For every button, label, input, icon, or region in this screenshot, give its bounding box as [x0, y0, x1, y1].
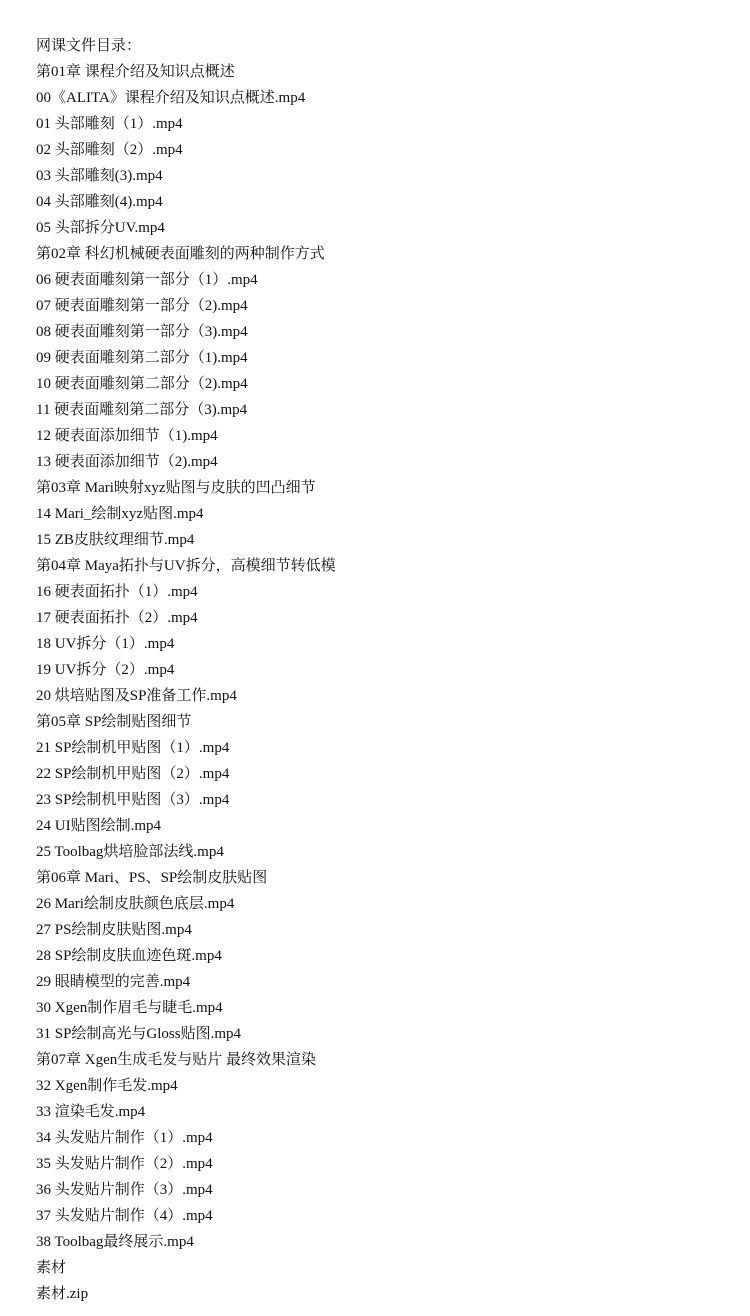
- document-title: 网课文件目录：: [36, 33, 736, 59]
- file-item: 14 Mari_绘制xyz贴图.mp4: [36, 501, 736, 527]
- file-item: 31 SP绘制高光与Gloss贴图.mp4: [36, 1021, 736, 1047]
- file-item: 30 Xgen制作眉毛与睫毛.mp4: [36, 995, 736, 1021]
- file-item: 11 硬表面雕刻第二部分（3).mp4: [36, 397, 736, 423]
- file-item: 19 UV拆分（2）.mp4: [36, 657, 736, 683]
- file-item: 18 UV拆分（1）.mp4: [36, 631, 736, 657]
- file-item: 13 硬表面添加细节（2).mp4: [36, 449, 736, 475]
- file-item: 15 ZB皮肤纹理细节.mp4: [36, 527, 736, 553]
- file-item: 16 硬表面拓扑（1）.mp4: [36, 579, 736, 605]
- chapter-heading: 第06章 Mari、PS、SP绘制皮肤贴图: [36, 865, 736, 891]
- section-heading: 素材: [36, 1255, 736, 1281]
- file-item: 07 硬表面雕刻第一部分（2).mp4: [36, 293, 736, 319]
- file-item: 32 Xgen制作毛发.mp4: [36, 1073, 736, 1099]
- file-item: 12 硬表面添加细节（1).mp4: [36, 423, 736, 449]
- chapter-heading: 第01章 课程介绍及知识点概述: [36, 59, 736, 85]
- file-item: 35 头发贴片制作（2）.mp4: [36, 1151, 736, 1177]
- file-item: 01 头部雕刻（1）.mp4: [36, 111, 736, 137]
- chapter-heading: 第05章 SP绘制贴图细节: [36, 709, 736, 735]
- file-item: 24 UI贴图绘制.mp4: [36, 813, 736, 839]
- file-item: 29 眼睛模型的完善.mp4: [36, 969, 736, 995]
- file-item: 21 SP绘制机甲贴图（1）.mp4: [36, 735, 736, 761]
- file-item: 09 硬表面雕刻第二部分（1).mp4: [36, 345, 736, 371]
- file-item: 06 硬表面雕刻第一部分（1）.mp4: [36, 267, 736, 293]
- chapter-heading: 第07章 Xgen生成毛发与贴片 最终效果渲染: [36, 1047, 736, 1073]
- chapter-heading: 第02章 科幻机械硬表面雕刻的两种制作方式: [36, 241, 736, 267]
- file-item: 36 头发贴片制作（3）.mp4: [36, 1177, 736, 1203]
- file-item: 02 头部雕刻（2）.mp4: [36, 137, 736, 163]
- file-item: 20 烘培贴图及SP准备工作.mp4: [36, 683, 736, 709]
- file-item: 22 SP绘制机甲贴图（2）.mp4: [36, 761, 736, 787]
- file-item: 00《ALITA》课程介绍及知识点概述.mp4: [36, 85, 736, 111]
- file-item: 37 头发贴片制作（4）.mp4: [36, 1203, 736, 1229]
- file-item: 08 硬表面雕刻第一部分（3).mp4: [36, 319, 736, 345]
- file-item: 27 PS绘制皮肤贴图.mp4: [36, 917, 736, 943]
- file-item: 25 Toolbag烘培脸部法线.mp4: [36, 839, 736, 865]
- file-item: 34 头发贴片制作（1）.mp4: [36, 1125, 736, 1151]
- file-item: 素材.zip: [36, 1281, 736, 1307]
- chapter-heading: 第03章 Mari映射xyz贴图与皮肤的凹凸细节: [36, 475, 736, 501]
- file-item: 33 渲染毛发.mp4: [36, 1099, 736, 1125]
- file-item: 04 头部雕刻(4).mp4: [36, 189, 736, 215]
- document-body: 网课文件目录： 第01章 课程介绍及知识点概述 00《ALITA》课程介绍及知识…: [36, 33, 736, 1307]
- file-item: 05 头部拆分UV.mp4: [36, 215, 736, 241]
- file-item: 23 SP绘制机甲贴图（3）.mp4: [36, 787, 736, 813]
- file-item: 38 Toolbag最终展示.mp4: [36, 1229, 736, 1255]
- file-item: 26 Mari绘制皮肤颜色底层.mp4: [36, 891, 736, 917]
- file-item: 17 硬表面拓扑（2）.mp4: [36, 605, 736, 631]
- file-item: 28 SP绘制皮肤血迹色斑.mp4: [36, 943, 736, 969]
- file-item: 10 硬表面雕刻第二部分（2).mp4: [36, 371, 736, 397]
- chapter-heading: 第04章 Maya拓扑与UV拆分，高模细节转低模: [36, 553, 736, 579]
- file-item: 03 头部雕刻(3).mp4: [36, 163, 736, 189]
